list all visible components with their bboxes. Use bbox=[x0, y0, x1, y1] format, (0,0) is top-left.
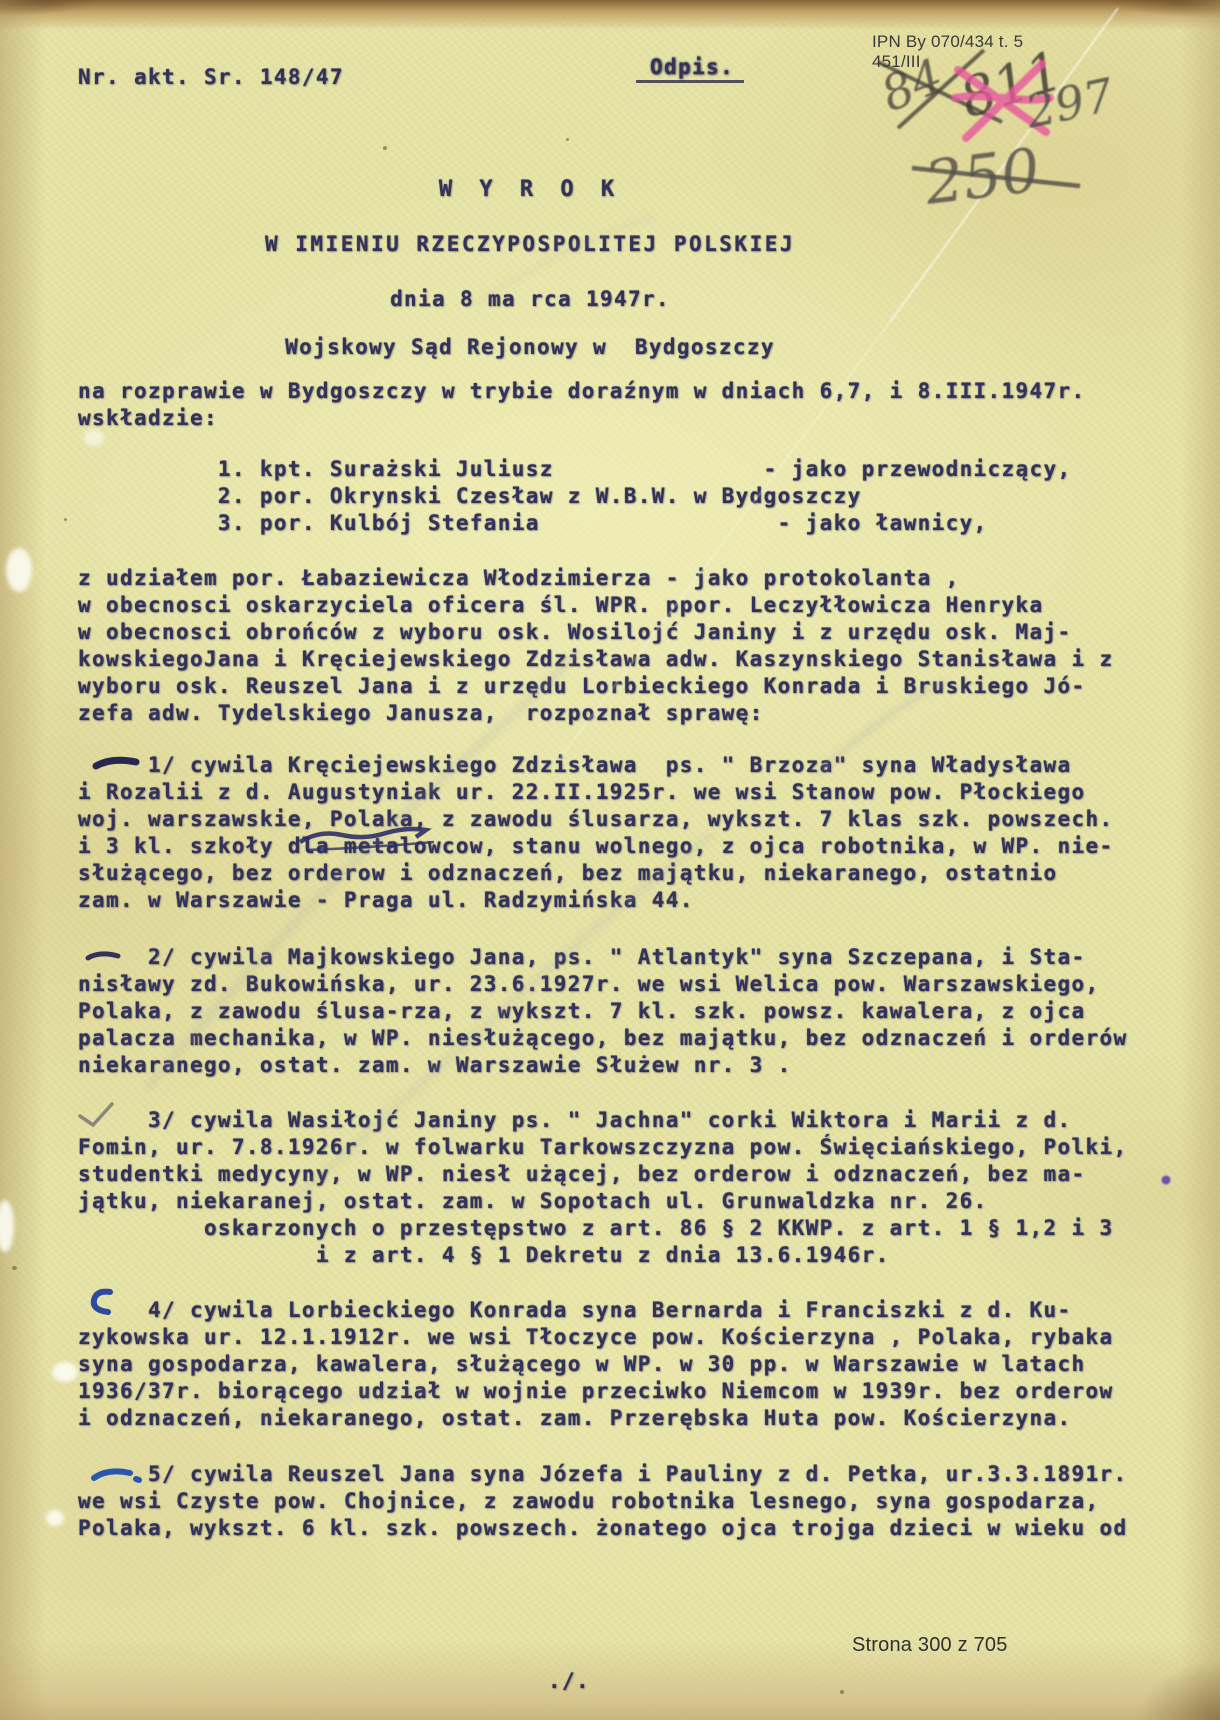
typed-line: 5/ cywila Reuszel Jana syna Józefa i Pau… bbox=[78, 1461, 1127, 1488]
defendant-1-paragraph: 1/ cywila Kręciejewskiego Zdzisława ps. … bbox=[78, 752, 1114, 914]
typed-line: wyboru osk. Reuszel Jana i z urzędu Lorb… bbox=[78, 673, 1114, 700]
typed-line: 1936/37r. biorącego udział w wojnie prze… bbox=[78, 1378, 1114, 1405]
copy-label: Odpis. bbox=[636, 55, 744, 83]
typed-line: zam. w Warszawie - Praga ul. Radzymińska… bbox=[78, 887, 1114, 914]
defendant-5-paragraph: 5/ cywila Reuszel Jana syna Józefa i Pau… bbox=[78, 1461, 1127, 1542]
paper-damage-spot bbox=[84, 430, 104, 446]
typed-line: 1/ cywila Kręciejewskiego Zdzisława ps. … bbox=[78, 752, 1114, 779]
typed-line: kowskiegoJana i Kręciejewskiego Zdzisław… bbox=[78, 646, 1114, 673]
participants-paragraph: z udziałem por. Łabaziewicza Włodzimierz… bbox=[78, 565, 1114, 727]
verdict-date-line: dnia 8 ma rca 1947r. bbox=[0, 286, 1060, 313]
typed-line: i z art. 4 § 1 Dekretu z dnia 13.6.1946r… bbox=[78, 1242, 1127, 1269]
paper-bottom-right-corner bbox=[1100, 1630, 1220, 1720]
paper-speck bbox=[12, 1266, 17, 1270]
typed-line: 1. kpt. Surażski Juliusz - jako przewodn… bbox=[78, 456, 1072, 483]
typed-line: 4/ cywila Lorbieckiego Konrada syna Bern… bbox=[78, 1297, 1114, 1324]
verdict-heading: W Y R O K bbox=[0, 176, 1060, 203]
typed-line: i Rozalii z d. Augustyniak ur. 22.II.192… bbox=[78, 779, 1114, 806]
paper-speck bbox=[566, 138, 569, 141]
page-indicator: Strona 300 z 705 bbox=[852, 1634, 1008, 1657]
typed-line: 3. por. Kulbój Stefania - jako ławnicy, bbox=[78, 510, 1072, 537]
typed-line: 2. por. Okrynski Czesław z W.B.W. w Bydg… bbox=[78, 483, 1072, 510]
typed-line: i odznaczeń, niekaranego, ostat. zam. Pr… bbox=[78, 1405, 1114, 1432]
typed-line: nisławy zd. Bukowińska, ur. 23.6.1927r. … bbox=[78, 971, 1127, 998]
typed-line: niekaranego, ostat. zam. w Warszawie Słu… bbox=[78, 1052, 1127, 1079]
typed-line: 2/ cywila Majkowskiego Jana, ps. " Atlan… bbox=[78, 944, 1127, 971]
defendant-3-paragraph: 3/ cywila Wasiłojć Janiny ps. " Jachna" … bbox=[78, 1107, 1127, 1269]
paper-speck bbox=[383, 146, 387, 150]
typed-line: Polaka, wykszt. 6 kl. szk. powszech. żon… bbox=[78, 1515, 1127, 1542]
typed-line: jątku, niekaranej, ostat. zam. w Sopotac… bbox=[78, 1188, 1127, 1215]
typed-line: studentki medycyny, w WP. niesł użącej, … bbox=[78, 1161, 1127, 1188]
typed-line: służącego, bez orderow i odznaczeń, bez … bbox=[78, 860, 1114, 887]
paper-left-edge bbox=[0, 0, 46, 1720]
typed-line: 3/ cywila Wasiłojć Janiny ps. " Jachna" … bbox=[78, 1107, 1127, 1134]
pencil-page-number-297: 297 bbox=[1020, 68, 1119, 139]
ipn-reference-line2: 451/III bbox=[872, 52, 1023, 72]
typed-line: w obecnosci obrońców z wyboru osk. Wosil… bbox=[78, 619, 1114, 646]
paper-right-edge bbox=[1180, 0, 1220, 1720]
typed-line: z udziałem por. Łabaziewicza Włodzimierz… bbox=[78, 565, 1114, 592]
typed-line: zykowska ur. 12.1.1912r. we wsi Tłoczyce… bbox=[78, 1324, 1114, 1351]
paper-top-edge bbox=[0, 0, 1220, 30]
ipn-archive-reference: IPN By 070/434 t. 5 451/III bbox=[872, 32, 1023, 72]
paper-bottom-edge bbox=[0, 1640, 1220, 1720]
in-the-name-line: W IMIENIU RZECZYPOSPOLITEJ POLSKIEJ bbox=[0, 231, 1060, 258]
continuation-mark: ./. bbox=[548, 1668, 590, 1695]
judges-panel-list: 1. kpt. Surażski Juliusz - jako przewodn… bbox=[78, 456, 1072, 537]
typed-line: palacza mechanika, w WP. niesłużącego, b… bbox=[78, 1025, 1127, 1052]
typed-line: Fomin, ur. 7.8.1926r. w folwarku Tarkows… bbox=[78, 1134, 1127, 1161]
typed-line: syna gospodarza, kawalera, służącego w W… bbox=[78, 1351, 1114, 1378]
ink-dot bbox=[1162, 1176, 1171, 1185]
ipn-reference-line1: IPN By 070/434 t. 5 bbox=[872, 32, 1023, 52]
defendant-2-paragraph: 2/ cywila Majkowskiego Jana, ps. " Atlan… bbox=[78, 944, 1127, 1079]
intro-paragraph: na rozprawie w Bydgoszczy w trybie doraź… bbox=[78, 378, 1086, 432]
typed-line: Polaka, z zawodu ślusa-rza, z wykszt. 7 … bbox=[78, 998, 1127, 1025]
typed-line: oskarzonych o przestępstwo z art. 86 § 2… bbox=[78, 1215, 1127, 1242]
typed-line: zefa adw. Tydelskiego Janusza, rozpoznał… bbox=[78, 700, 1114, 727]
typed-line: na rozprawie w Bydgoszczy w trybie doraź… bbox=[78, 378, 1086, 405]
typed-line: we wsi Czyste pow. Chojnice, z zawodu ro… bbox=[78, 1488, 1127, 1515]
defendant-4-paragraph: 4/ cywila Lorbieckiego Konrada syna Bern… bbox=[78, 1297, 1114, 1432]
scanned-document-page: Nr. akt. Sr. 148/47 Odpis. IPN By 070/43… bbox=[0, 0, 1220, 1720]
typed-line: i 3 kl. szkoły dla metalowcow, stanu wol… bbox=[78, 833, 1114, 860]
court-name-line: Wojskowy Sąd Rejonowy w Bydgoszczy bbox=[0, 334, 1060, 361]
paper-speck bbox=[840, 1690, 844, 1694]
paper-speck bbox=[64, 518, 67, 521]
typed-line: woj. warszawskie, Polaka, z zawodu ślusa… bbox=[78, 806, 1114, 833]
typed-line: w obecnosci oskarzyciela oficera śl. WPR… bbox=[78, 592, 1114, 619]
paper-damage-spot bbox=[6, 548, 32, 592]
copy-label-wrapper: Odpis. bbox=[636, 54, 744, 81]
paper-damage-spot bbox=[46, 1510, 64, 1526]
paper-damage-spot bbox=[52, 1362, 78, 1382]
case-number: Nr. akt. Sr. 148/47 bbox=[78, 64, 344, 91]
typed-line: wskładzie: bbox=[78, 405, 1086, 432]
